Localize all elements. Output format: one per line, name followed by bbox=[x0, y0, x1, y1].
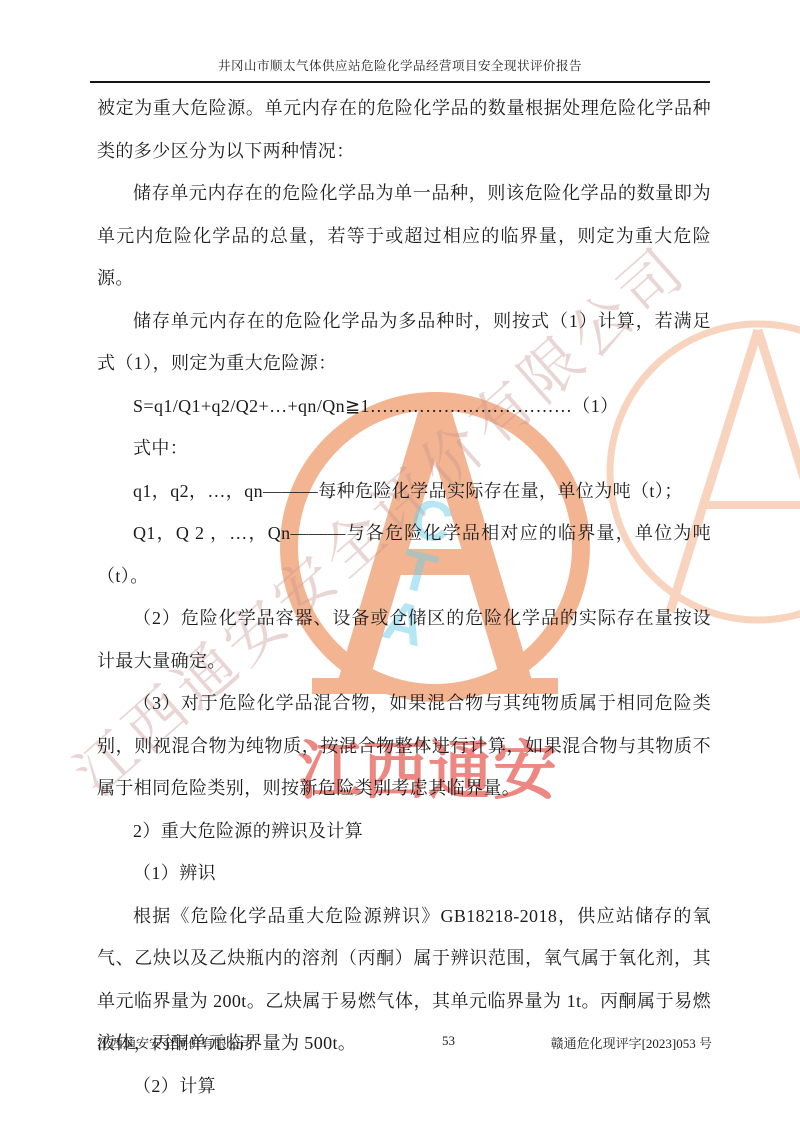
document-page: 江西通安安全评价有限公司 C T A 江西通安 井冈山市顺太气体供应站危险化学品… bbox=[0, 0, 800, 1131]
paragraph: （3）对于危险化学品混合物，如果混合物与其纯物质属于相同危险类别，则视混合物为纯… bbox=[97, 682, 711, 810]
paragraph: S=q1/Q1+q2/Q2+…+qn/Qn≧1……………………………（1） bbox=[97, 385, 711, 428]
paragraph: （2）危险化学品容器、设备或仓储区的危险化学品的实际存在量按设计最大量确定。 bbox=[97, 597, 711, 682]
paragraph: 储存单元内存在的危险化学品为单一品种，则该危险化学品的数量即为单元内危险化学品的… bbox=[97, 172, 711, 300]
paragraph: （2）计算 bbox=[97, 1065, 711, 1108]
footer-company: 江西通安安全评价有限公司 bbox=[97, 1033, 253, 1052]
document-body: 被定为重大危险源。单元内存在的危险化学品的数量根据处理危险化学品种类的多少区分为… bbox=[97, 87, 711, 1107]
paragraph: 2）重大危险源的辨识及计算 bbox=[97, 810, 711, 853]
paragraph: q1，q2，…，qn———每种危险化学品实际存在量，单位为吨（t）； bbox=[97, 470, 711, 513]
paragraph: 被定为重大危险源。单元内存在的危险化学品的数量根据处理危险化学品种类的多少区分为… bbox=[97, 87, 711, 172]
report-title: 井冈山市顺太气体供应站危险化学品经营项目安全现状评价报告 bbox=[218, 59, 582, 73]
paragraph: 式中： bbox=[97, 427, 711, 470]
footer-page-number: 53 bbox=[442, 1033, 455, 1049]
paragraph: （1）辨识 bbox=[97, 852, 711, 895]
paragraph: Q1，Q 2 ，…，Qn———与各危险化学品相对应的临界量，单位为吨（t）。 bbox=[97, 512, 711, 597]
footer-doc-number: 赣通危化现评字[2023]053 号 bbox=[551, 1033, 712, 1052]
page-footer: 江西通安安全评价有限公司 53 赣通危化现评字[2023]053 号 bbox=[97, 1033, 712, 1053]
paragraph: 储存单元内存在的危险化学品为多品种时，则按式（1）计算，若满足式（1），则定为重… bbox=[97, 300, 711, 385]
page-header: 井冈山市顺太气体供应站危险化学品经营项目安全现状评价报告 bbox=[90, 56, 710, 83]
